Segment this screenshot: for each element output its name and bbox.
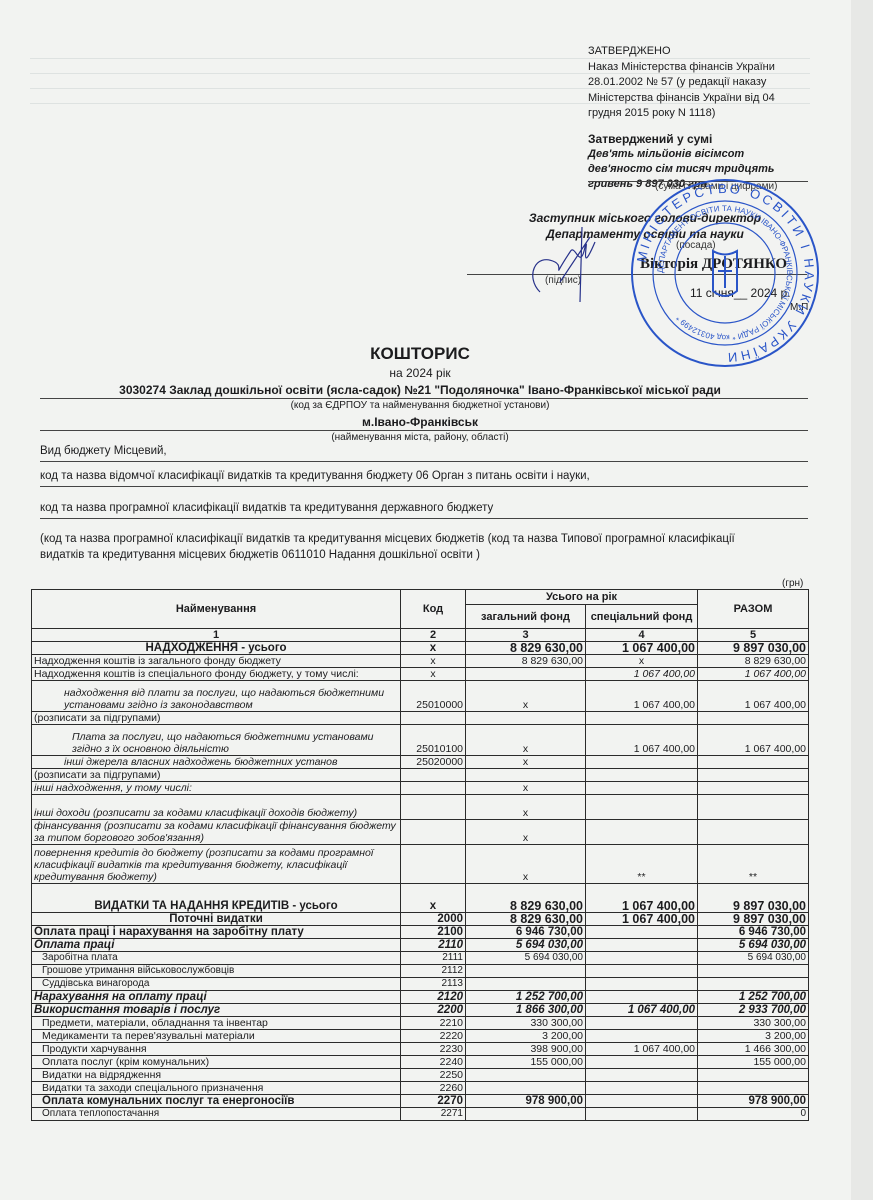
table-row: фінансування (розписати за кодами класиф… [32, 820, 809, 845]
row-special-fund [586, 1056, 698, 1069]
row-special-fund [586, 1108, 698, 1121]
row-code: 2270 [401, 1095, 466, 1108]
row-name: надходження від плати за послуги, що над… [32, 681, 401, 712]
col-number: 4 [586, 629, 698, 642]
row-total [698, 1082, 809, 1095]
row-code: 2112 [401, 965, 466, 978]
row-code: 25010100 [401, 725, 466, 756]
row-name: Предмети, матеріали, обладнання та інвен… [32, 1017, 401, 1030]
row-special-fund [586, 991, 698, 1004]
row-general-fund: х [466, 782, 586, 795]
page-edge [851, 0, 873, 1200]
row-code: х [401, 884, 466, 913]
header-code: Код [401, 590, 466, 629]
row-general-fund: х [466, 795, 586, 820]
row-name: НАДХОДЖЕННЯ - усього [32, 642, 401, 655]
table-row: повернення кредитів до бюджету (розписат… [32, 845, 809, 884]
row-total: 2 933 700,00 [698, 1004, 809, 1017]
row-general-fund: 398 900,00 [466, 1043, 586, 1056]
row-total [698, 795, 809, 820]
row-general-fund: х [466, 845, 586, 884]
row-special-fund [586, 926, 698, 939]
approved-sum-title: Затверджений у сумі [588, 132, 828, 148]
row-name: Оплата комунальних послуг та енергоносії… [32, 1095, 401, 1108]
row-name: інші надходження, у тому числі: [32, 782, 401, 795]
row-special-fund [586, 795, 698, 820]
row-special-fund: ** [586, 845, 698, 884]
row-name: інші доходи (розписати за кодами класифі… [32, 795, 401, 820]
row-total: 0 [698, 1108, 809, 1121]
row-code [401, 820, 466, 845]
approved-sum-words: Дев'ять мільйонів вісімсот [588, 147, 828, 162]
row-total: 1 067 400,00 [698, 681, 809, 712]
local-classification-line: видатків та кредитування місцевих бюджет… [40, 547, 820, 563]
row-total: 1 067 400,00 [698, 725, 809, 756]
official-stamp: МІНІСТЕРСТВО ОСВІТИ І НАУКИ УКРАЇНИ ДЕПА… [628, 176, 822, 370]
table-row: інші джерела власних надходжень бюджетни… [32, 756, 809, 769]
row-total: 9 897 030,00 [698, 642, 809, 655]
budget-table: Найменування Код Усього на рік РАЗОМ заг… [31, 589, 808, 1121]
row-special-fund [586, 1095, 698, 1108]
row-name: Використання товарів і послуг [32, 1004, 401, 1017]
row-code: х [401, 642, 466, 655]
row-code: 2210 [401, 1017, 466, 1030]
row-general-fund [466, 668, 586, 681]
table-row: Оплата послуг (крім комунальних)2240155 … [32, 1056, 809, 1069]
row-code: 2110 [401, 939, 466, 952]
table-row: Видатки та заходи спеціального призначен… [32, 1082, 809, 1095]
table-row: Надходження коштів із загального фонду б… [32, 655, 809, 668]
row-general-fund: 8 829 630,00 [466, 655, 586, 668]
budget-type: Вид бюджету Місцевий, [40, 445, 167, 457]
row-code: 2230 [401, 1043, 466, 1056]
table-row: Медикаменти та перев'язувальні матеріали… [32, 1030, 809, 1043]
row-name: Надходження коштів із спеціального фонду… [32, 668, 401, 681]
row-code: 2250 [401, 1069, 466, 1082]
table-row: Використання товарів і послуг22001 866 3… [32, 1004, 809, 1017]
row-name: повернення кредитів до бюджету (розписат… [32, 845, 401, 884]
row-name: Плата за послуги, що надаються бюджетним… [32, 725, 401, 756]
header-general-fund: загальний фонд [466, 605, 586, 629]
col-number: 1 [32, 629, 401, 642]
row-total: 9 897 030,00 [698, 884, 809, 913]
row-special-fund: 1 067 400,00 [586, 884, 698, 913]
row-general-fund: х [466, 681, 586, 712]
row-general-fund [466, 1108, 586, 1121]
row-code: 2260 [401, 1082, 466, 1095]
row-name: Продукти харчування [32, 1043, 401, 1056]
approval-heading: ЗАТВЕРДЖЕНО [588, 44, 828, 60]
row-name: Оплата праці [32, 939, 401, 952]
row-name: (розписати за підгрупами) [32, 769, 401, 782]
row-total: 1 067 400,00 [698, 668, 809, 681]
row-name: Суддівська винагорода [32, 978, 401, 991]
table-row: Заробітна плата21115 694 030,005 694 030… [32, 952, 809, 965]
row-general-fund: 5 694 030,00 [466, 939, 586, 952]
row-general-fund [466, 965, 586, 978]
organization-caption: (код за ЄДРПОУ та найменування бюджетної… [30, 400, 810, 411]
row-general-fund [466, 978, 586, 991]
row-general-fund [466, 712, 586, 725]
row-total: 6 946 730,00 [698, 926, 809, 939]
table-row: Поточні видатки20008 829 630,001 067 400… [32, 913, 809, 926]
row-general-fund: х [466, 756, 586, 769]
row-special-fund [586, 782, 698, 795]
row-total: 5 694 030,00 [698, 939, 809, 952]
row-general-fund [466, 1069, 586, 1082]
row-total: 5 694 030,00 [698, 952, 809, 965]
row-code: 2200 [401, 1004, 466, 1017]
header-total: РАЗОМ [698, 590, 809, 629]
row-total [698, 965, 809, 978]
row-general-fund: 3 200,00 [466, 1030, 586, 1043]
row-code: 2271 [401, 1108, 466, 1121]
table-row: (розписати за підгрупами) [32, 769, 809, 782]
approval-order-line: Міністерства фінансів України від 04 [588, 91, 828, 107]
row-total: 3 200,00 [698, 1030, 809, 1043]
table-body: НАДХОДЖЕННЯ - усьогох8 829 630,001 067 4… [32, 642, 809, 1121]
row-general-fund: 8 829 630,00 [466, 642, 586, 655]
row-name: Поточні видатки [32, 913, 401, 926]
table-row: інші надходження, у тому числі:х [32, 782, 809, 795]
approved-sum-words: дев'яносто сім тисяч тридцять [588, 162, 828, 177]
row-code: 2100 [401, 926, 466, 939]
row-name: Медикаменти та перев'язувальні матеріали [32, 1030, 401, 1043]
row-total [698, 820, 809, 845]
row-general-fund: 155 000,00 [466, 1056, 586, 1069]
row-code: 2120 [401, 991, 466, 1004]
row-code: 2240 [401, 1056, 466, 1069]
row-general-fund: 1 866 300,00 [466, 1004, 586, 1017]
row-special-fund [586, 939, 698, 952]
row-special-fund [586, 820, 698, 845]
table-row: Предмети, матеріали, обладнання та інвен… [32, 1017, 809, 1030]
row-special-fund [586, 1082, 698, 1095]
row-general-fund [466, 769, 586, 782]
row-total [698, 769, 809, 782]
row-name: (розписати за підгрупами) [32, 712, 401, 725]
row-special-fund: 1 067 400,00 [586, 668, 698, 681]
row-total: ** [698, 845, 809, 884]
row-code: 25010000 [401, 681, 466, 712]
row-name: Оплата послуг (крім комунальних) [32, 1056, 401, 1069]
row-name: Оплата теплопостачання [32, 1108, 401, 1121]
row-name: Грошове утримання військовослужбовців [32, 965, 401, 978]
table-row: (розписати за підгрупами) [32, 712, 809, 725]
row-name: Видатки та заходи спеціального призначен… [32, 1082, 401, 1095]
row-general-fund: 6 946 730,00 [466, 926, 586, 939]
row-special-fund [586, 1030, 698, 1043]
row-special-fund: х [586, 655, 698, 668]
row-total: 155 000,00 [698, 1056, 809, 1069]
handwritten-signature [520, 222, 620, 302]
city-underline [40, 430, 808, 431]
program-classification: код та назва програмної класифікації вид… [40, 502, 493, 514]
row-total: 1 252 700,00 [698, 991, 809, 1004]
row-code: 2220 [401, 1030, 466, 1043]
table-row: Суддівська винагорода2113 [32, 978, 809, 991]
row-total [698, 782, 809, 795]
document-title: КОШТОРИС [30, 344, 810, 364]
row-total [698, 978, 809, 991]
row-code [401, 769, 466, 782]
row-general-fund: 1 252 700,00 [466, 991, 586, 1004]
row-general-fund: 8 829 630,00 [466, 913, 586, 926]
table-row: Оплата праці і нарахування на заробітну … [32, 926, 809, 939]
row-total: 1 466 300,00 [698, 1043, 809, 1056]
col-number: 2 [401, 629, 466, 642]
header-name: Найменування [32, 590, 401, 629]
row-general-fund: х [466, 820, 586, 845]
row-special-fund [586, 965, 698, 978]
row-code [401, 782, 466, 795]
organization-name: 3030274 Заклад дошкільної освіти (ясла-с… [30, 383, 810, 397]
row-total [698, 712, 809, 725]
table-row: ВИДАТКИ ТА НАДАННЯ КРЕДИТІВ - усьогох8 8… [32, 884, 809, 913]
row-special-fund [586, 769, 698, 782]
row-total: 9 897 030,00 [698, 913, 809, 926]
table-row: Оплата теплопостачання22710 [32, 1108, 809, 1121]
row-total [698, 756, 809, 769]
table-row: інші доходи (розписати за кодами класифі… [32, 795, 809, 820]
row-general-fund: 5 694 030,00 [466, 952, 586, 965]
header-special-fund: спеціальний фонд [586, 605, 698, 629]
dept-classification: код та назва відомчої класифікації видат… [40, 470, 590, 482]
row-total: 8 829 630,00 [698, 655, 809, 668]
row-name: інші джерела власних надходжень бюджетни… [32, 756, 401, 769]
header-year-total: Усього на рік [466, 590, 698, 605]
row-general-fund: 978 900,00 [466, 1095, 586, 1108]
row-special-fund [586, 712, 698, 725]
row-code: 25020000 [401, 756, 466, 769]
table-row: Оплата комунальних послуг та енергоносії… [32, 1095, 809, 1108]
row-special-fund: 1 067 400,00 [586, 725, 698, 756]
approval-order-line: 28.01.2002 № 57 (у редакції наказу [588, 75, 828, 91]
col-number: 3 [466, 629, 586, 642]
table-row: НАДХОДЖЕННЯ - усьогох8 829 630,001 067 4… [32, 642, 809, 655]
row-general-fund: 8 829 630,00 [466, 884, 586, 913]
row-special-fund [586, 978, 698, 991]
document-year: на 2024 рік [30, 366, 810, 380]
table-row: Нарахування на оплату праці21201 252 700… [32, 991, 809, 1004]
row-special-fund [586, 1069, 698, 1082]
row-code: х [401, 655, 466, 668]
row-code: х [401, 668, 466, 681]
table-row: надходження від плати за послуги, що над… [32, 681, 809, 712]
org-underline [40, 398, 808, 399]
row-code: 2000 [401, 913, 466, 926]
row-total [698, 1069, 809, 1082]
program-underline [40, 518, 808, 519]
row-code: 2111 [401, 952, 466, 965]
row-special-fund: 1 067 400,00 [586, 642, 698, 655]
row-special-fund [586, 952, 698, 965]
table-row: Оплата праці21105 694 030,005 694 030,00 [32, 939, 809, 952]
city-caption: (найменування міста, району, області) [30, 432, 810, 443]
row-general-fund: 330 300,00 [466, 1017, 586, 1030]
table-row: Надходження коштів із спеціального фонду… [32, 668, 809, 681]
row-special-fund: 1 067 400,00 [586, 913, 698, 926]
budget-type-underline [40, 461, 808, 462]
row-code: 2113 [401, 978, 466, 991]
row-name: Заробітна плата [32, 952, 401, 965]
row-special-fund: 1 067 400,00 [586, 681, 698, 712]
row-special-fund: 1 067 400,00 [586, 1043, 698, 1056]
row-name: Надходження коштів із загального фонду б… [32, 655, 401, 668]
row-special-fund: 1 067 400,00 [586, 1004, 698, 1017]
table-row: Видатки на відрядження2250 [32, 1069, 809, 1082]
approval-order-line: грудня 2015 року N 1118) [588, 106, 828, 122]
table-row: Грошове утримання військовослужбовців211… [32, 965, 809, 978]
row-special-fund [586, 756, 698, 769]
table-row: Плата за послуги, що надаються бюджетним… [32, 725, 809, 756]
currency-unit: (грн) [782, 578, 803, 589]
approval-block: ЗАТВЕРДЖЕНО Наказ Міністерства фінансів … [588, 44, 828, 192]
row-special-fund [586, 1017, 698, 1030]
approval-order-line: Наказ Міністерства фінансів України [588, 60, 828, 76]
local-classification: (код та назва програмної класифікації ви… [40, 531, 820, 563]
row-total: 978 900,00 [698, 1095, 809, 1108]
table-row: Продукти харчування2230398 900,001 067 4… [32, 1043, 809, 1056]
row-name: ВИДАТКИ ТА НАДАННЯ КРЕДИТІВ - усього [32, 884, 401, 913]
dept-underline [40, 486, 808, 487]
row-code [401, 845, 466, 884]
row-name: фінансування (розписати за кодами класиф… [32, 820, 401, 845]
row-code [401, 795, 466, 820]
city-name: м.Івано-Франківськ [30, 415, 810, 429]
row-name: Оплата праці і нарахування на заробітну … [32, 926, 401, 939]
row-general-fund [466, 1082, 586, 1095]
row-general-fund: х [466, 725, 586, 756]
row-total: 330 300,00 [698, 1017, 809, 1030]
local-classification-line: (код та назва програмної класифікації ви… [40, 531, 820, 547]
row-name: Нарахування на оплату праці [32, 991, 401, 1004]
row-code [401, 712, 466, 725]
col-number: 5 [698, 629, 809, 642]
row-name: Видатки на відрядження [32, 1069, 401, 1082]
